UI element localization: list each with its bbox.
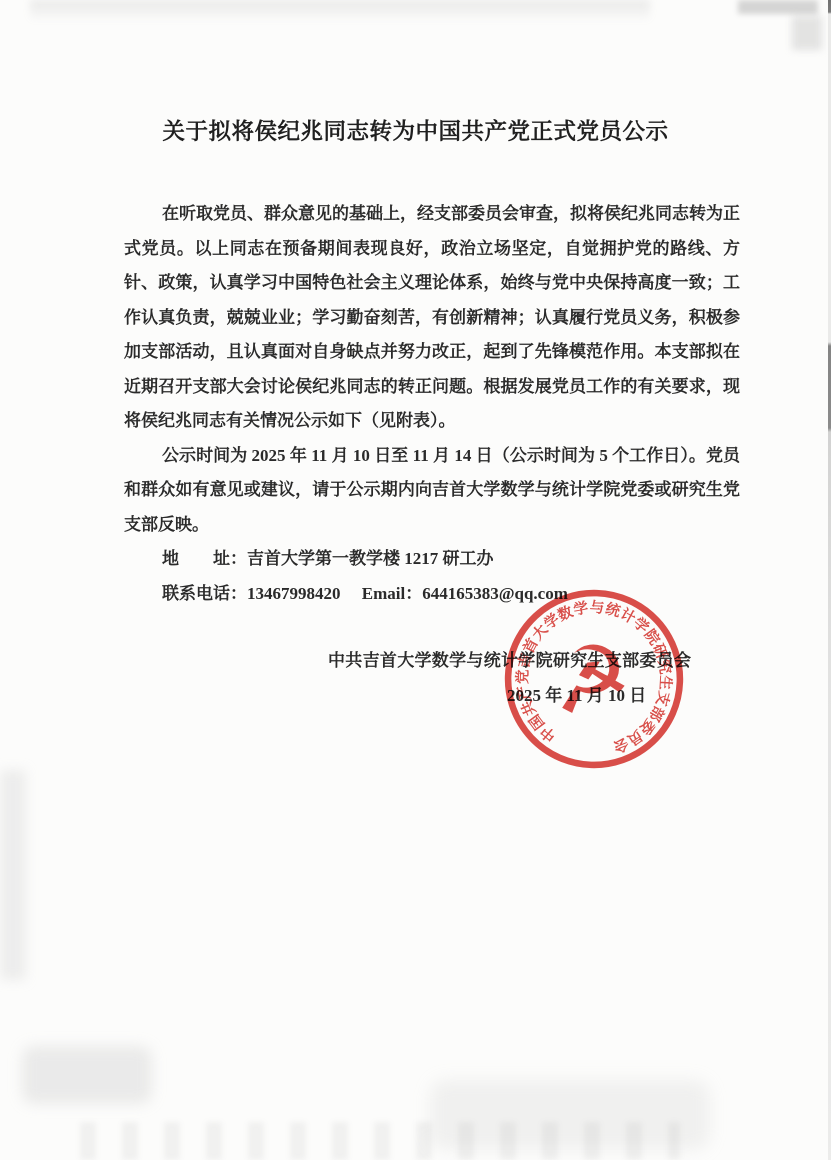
scan-artifact-top-smudge [30, 0, 650, 30]
address-line: 地 址：吉首大学第一教学楼 1217 研工办 [124, 542, 740, 577]
scan-artifact-bottom-band [80, 1122, 680, 1160]
scan-artifact-left-smudge [0, 770, 26, 980]
scan-artifact-bottom-blob [430, 1080, 710, 1150]
scan-artifact-top-right-smudge [792, 16, 822, 50]
body-paragraph-2: 公示时间为 2025 年 11 月 10 日至 11 月 14 日（公示时间为 … [124, 439, 740, 543]
document-body: 在听取党员、群众意见的基础上，经支部委员会审查，拟将侯纪兆同志转为正式党员。以上… [124, 197, 740, 611]
scanned-document-page: 关于拟将侯纪兆同志转为中国共产党正式党员公示 在听取党员、群众意见的基础上，经支… [0, 0, 831, 1160]
hammer-and-sickle-icon: ☭ [544, 622, 637, 736]
document-title: 关于拟将侯纪兆同志转为中国共产党正式党员公示 [0, 114, 831, 146]
scan-artifact-bottom-blob [22, 1046, 152, 1104]
scan-artifact-top-right-mark [738, 0, 818, 14]
official-seal: 中国共产党吉首大学数学与统计学院研究生支部委员会 ☭ [496, 581, 693, 778]
body-paragraph-1: 在听取党员、群众意见的基础上，经支部委员会审查，拟将侯纪兆同志转为正式党员。以上… [124, 197, 740, 439]
